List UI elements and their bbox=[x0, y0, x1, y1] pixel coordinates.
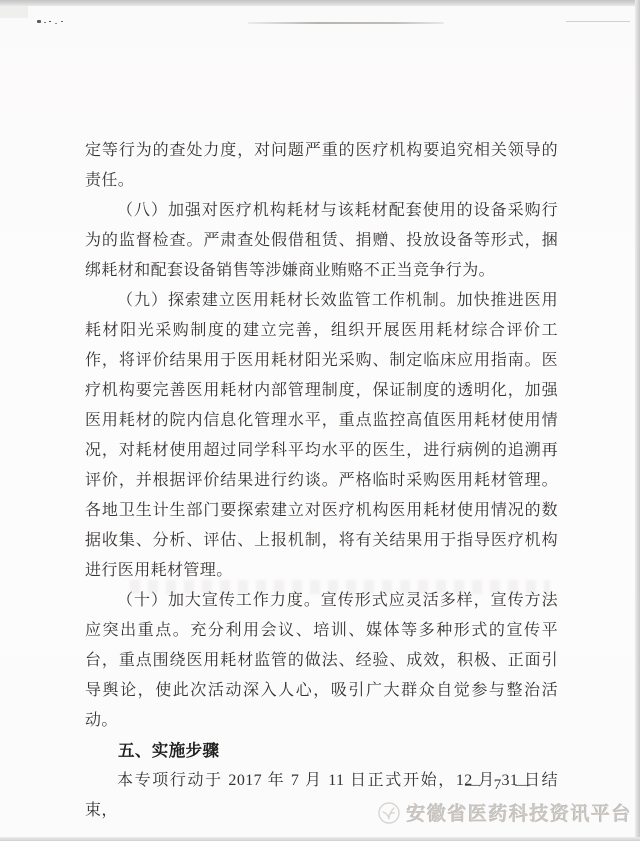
platform-watermark: 安徽省医药科技资讯平台 bbox=[377, 799, 632, 826]
paragraph-item-9: （九）探索建立医用耗材长效监管工作机制。加快推进医用耗材阳光采购制度的建立完善，… bbox=[85, 286, 558, 586]
scan-edge-bottom bbox=[0, 837, 640, 841]
scan-edge-top bbox=[0, 0, 640, 6]
scan-line-artifact bbox=[248, 22, 444, 24]
watermark-text: 安徽省医药科技资讯平台 bbox=[406, 799, 632, 826]
page-number: — 7 — bbox=[465, 777, 532, 794]
scan-corner-mark bbox=[0, 6, 28, 18]
paragraph-item-10: （十）加大宣传工作力度。宣传形式应灵活多样，宣传方法应突出重点。充分利用会议、培… bbox=[85, 586, 558, 736]
scan-smudge-artifact bbox=[37, 20, 41, 23]
scanned-document-page: 定等行为的查处力度，对问题严重的医疗机构要追究相关领导的责任。 （八）加强对医疗… bbox=[0, 0, 640, 841]
document-body: 定等行为的查处力度，对问题严重的医疗机构要追究相关领导的责任。 （八）加强对医疗… bbox=[85, 136, 558, 826]
scan-edge-right bbox=[635, 0, 640, 841]
section-heading-implementation-steps: 五、实施步骤 bbox=[85, 736, 558, 766]
paragraph-continuation: 定等行为的查处力度，对问题严重的医疗机构要追究相关领导的责任。 bbox=[85, 136, 558, 196]
paragraph-item-8: （八）加强对医疗机构耗材与该耗材配套使用的设备采购行为的监督检查。严肃查处假借租… bbox=[85, 196, 558, 286]
scan-line-artifact-2 bbox=[566, 21, 630, 22]
platform-logo-icon bbox=[377, 801, 401, 825]
